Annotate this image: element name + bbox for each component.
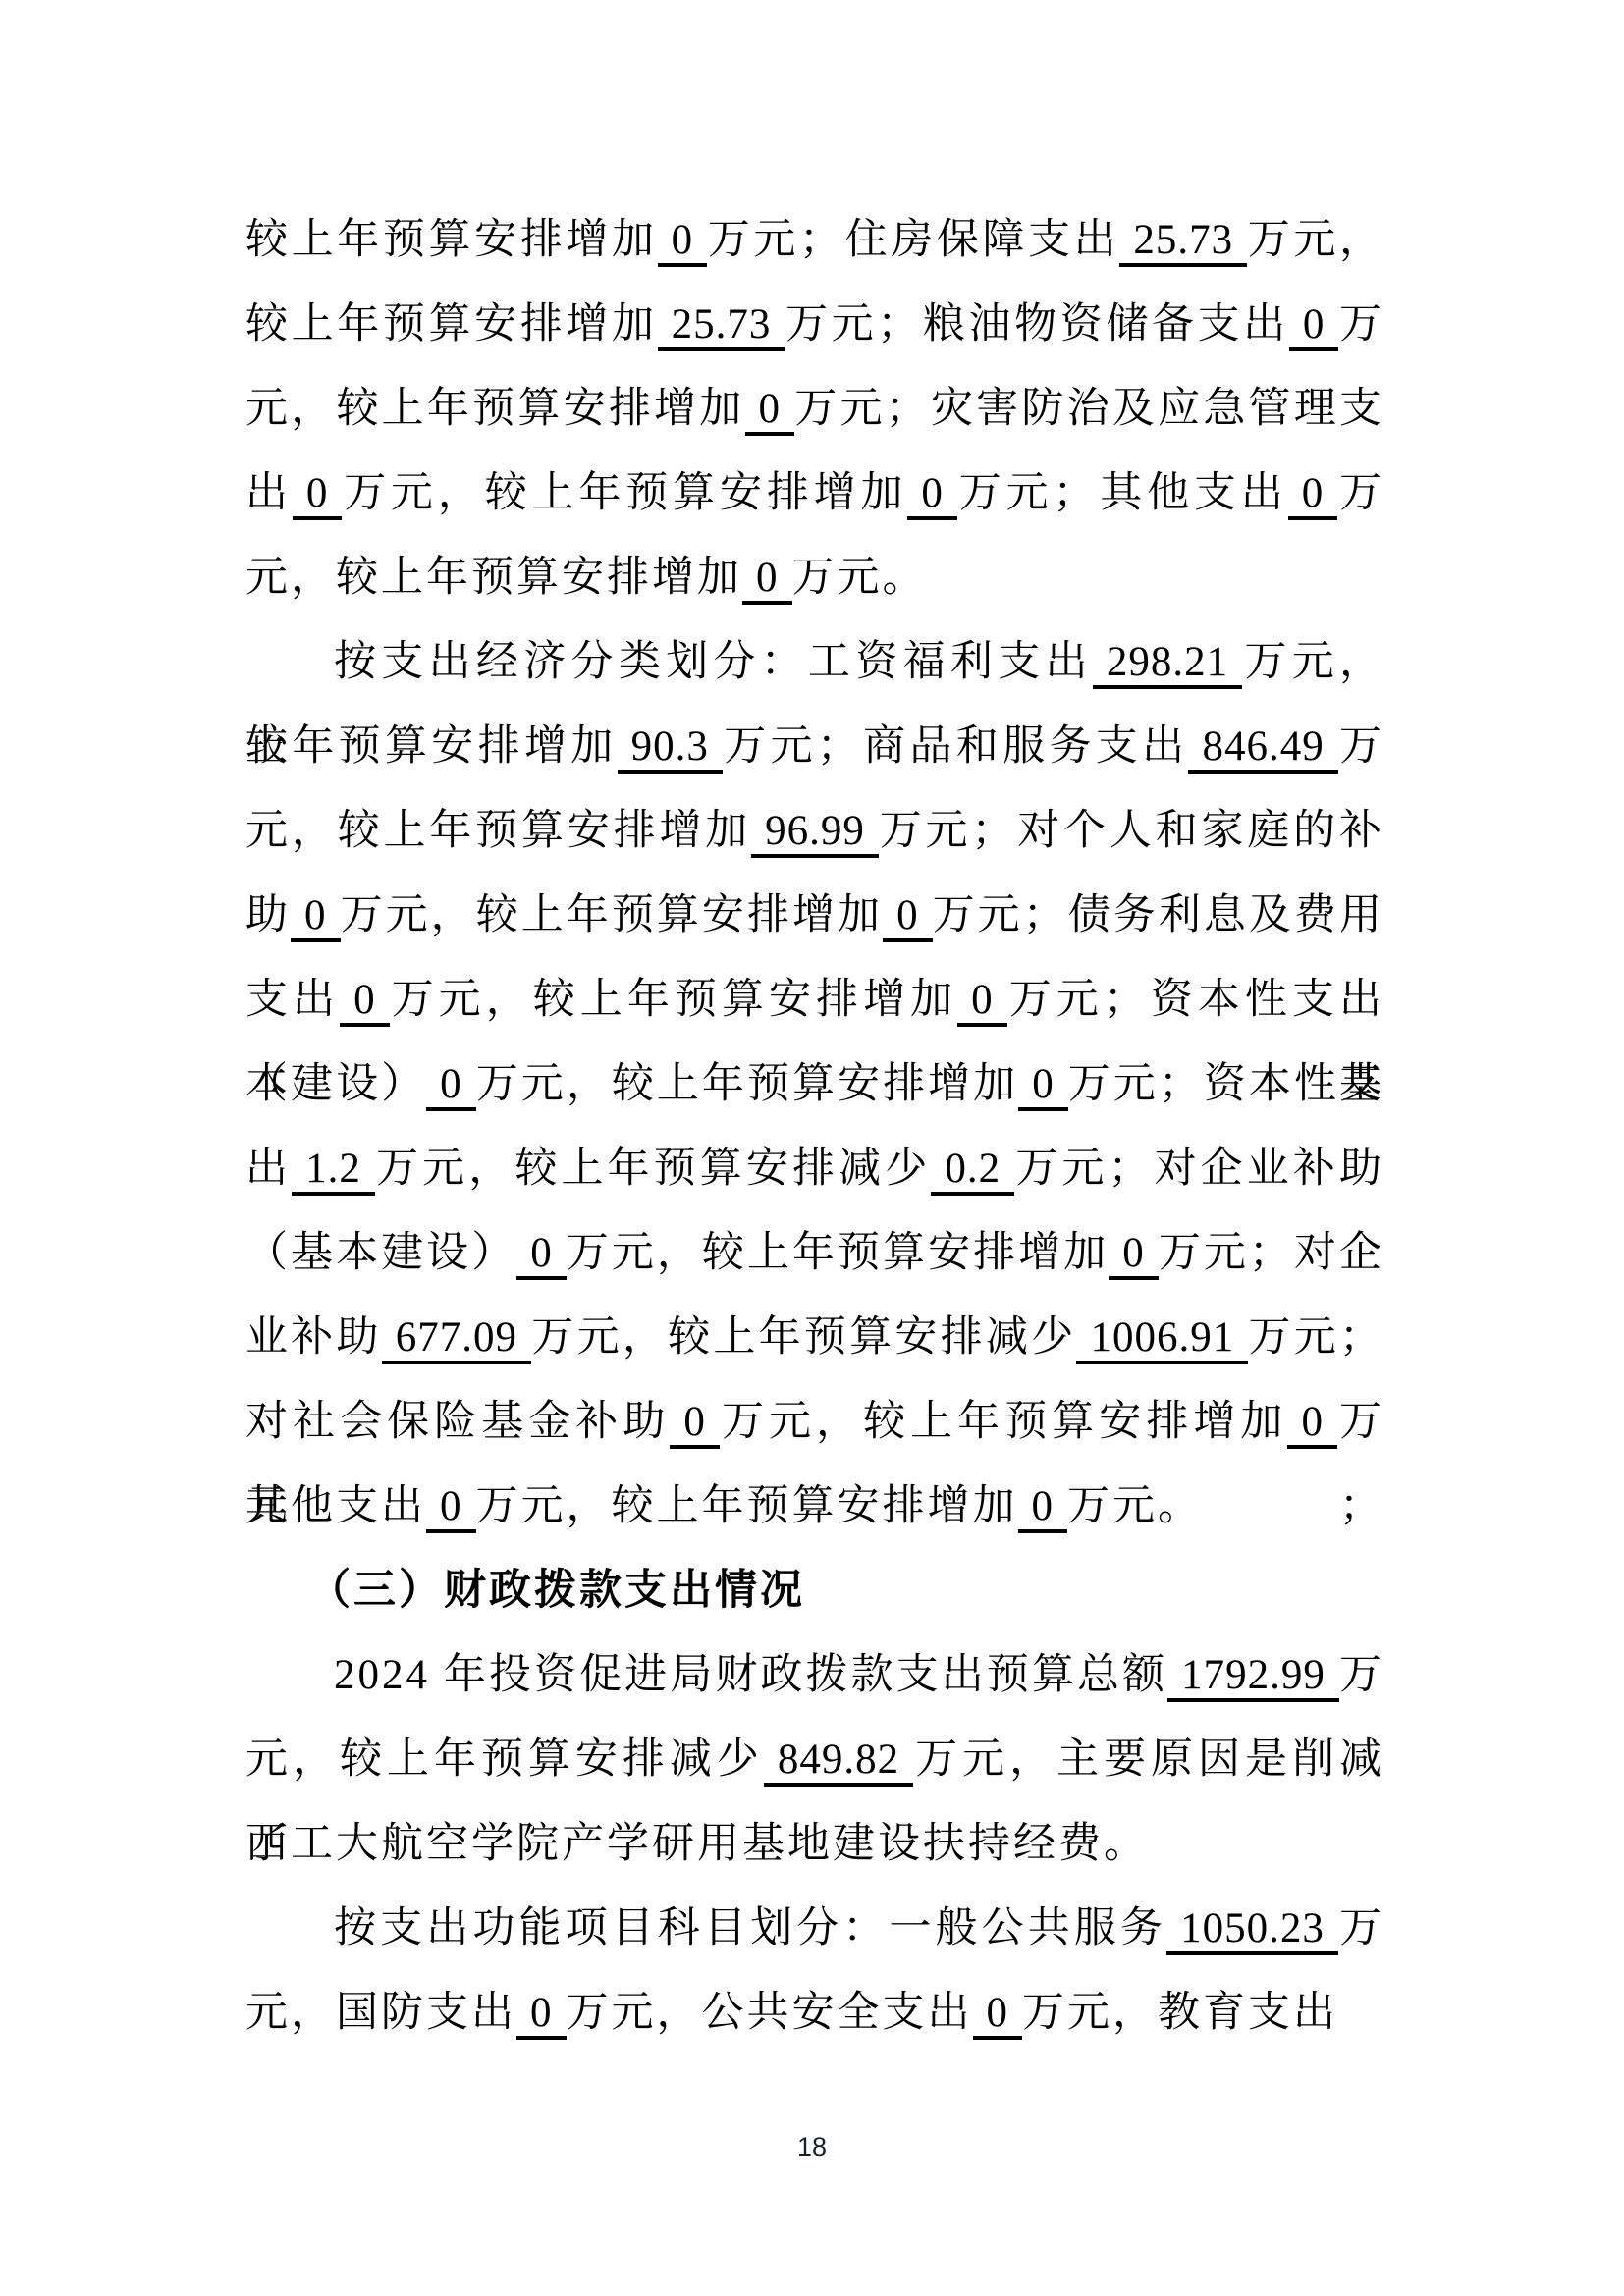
section-heading: （三）财政拨款支出情况 bbox=[245, 1549, 1384, 1633]
text-line: 按支出功能项目科目划分：一般公共服务1050.23万 bbox=[245, 1887, 1384, 1971]
text-segment: 万元，教育支出 bbox=[1022, 1990, 1338, 2036]
underlined-value: 849.82 bbox=[764, 1736, 913, 1787]
text-segment: 业补助 bbox=[245, 1314, 382, 1361]
text-line: 按支出经济分类划分：工资福利支出298.21万元，较 bbox=[245, 620, 1384, 705]
underlined-value: 677.09 bbox=[382, 1314, 531, 1364]
text-line: 元，较上年预算安排减少849.82万元，主要原因是削减了 bbox=[245, 1718, 1384, 1802]
text-segment: 助 bbox=[245, 892, 291, 938]
text-segment: 2024 年投资促进局财政拨款支出预算总额 bbox=[334, 1652, 1167, 1698]
text-segment: 支出 bbox=[245, 977, 340, 1023]
text-segment: 万元；资本性支 bbox=[1068, 1061, 1384, 1107]
underlined-value: 0 bbox=[658, 217, 708, 267]
underlined-value: 0 bbox=[1109, 1230, 1159, 1280]
underlined-value: 0 bbox=[745, 386, 795, 436]
text-line: 对社会保险基金补助0万元，较上年预算安排增加0万元； bbox=[245, 1380, 1384, 1465]
text-segment: 较上年预算安排增加 bbox=[245, 217, 658, 263]
text-line: 业补助677.09万元，较上年预算安排减少1006.91万元； bbox=[245, 1296, 1384, 1380]
underlined-value: 0 bbox=[426, 1061, 476, 1111]
text-segment: 万元；对企 bbox=[1159, 1230, 1384, 1276]
page-number: 18 bbox=[0, 2132, 1624, 2163]
text-line: 较上年预算安排增加0万元；住房保障支出25.73万元， bbox=[245, 198, 1384, 283]
text-segment: 万元；对企业补助 bbox=[1014, 1146, 1384, 1192]
text-segment: 万 bbox=[1339, 1652, 1384, 1698]
underlined-value: 25.73 bbox=[1119, 217, 1247, 267]
underlined-value: 1050.23 bbox=[1166, 1905, 1338, 1955]
text-segment: 万元；灾害防治及应急管理支 bbox=[794, 386, 1384, 432]
text-segment: 万元，较上年预算安排增加 bbox=[342, 470, 907, 516]
text-segment: 万元，较上年预算安排增加 bbox=[390, 977, 958, 1023]
text-line: 出1.2万元，较上年预算安排减少0.2万元；对企业补助 bbox=[245, 1127, 1384, 1211]
underlined-value: 0 bbox=[670, 1399, 720, 1449]
text-segment: 万元； bbox=[1248, 1314, 1384, 1361]
text-segment: 万元；粮油物资储备支出 bbox=[785, 301, 1289, 347]
text-line: 西工大航空学院产学研用基地建设扶持经费。 bbox=[245, 1802, 1384, 1887]
underlined-value: 0 bbox=[516, 1990, 567, 2040]
text-segment: 万元， bbox=[1247, 217, 1384, 263]
text-segment: 西工大航空学院产学研用基地建设扶持经费。 bbox=[245, 1821, 1149, 1867]
text-line: 元，较上年预算安排增加0万元；灾害防治及应急管理支 bbox=[245, 367, 1384, 452]
text-segment: 万元；其他支出 bbox=[957, 470, 1288, 516]
underlined-value: 0 bbox=[973, 1990, 1023, 2040]
underlined-value: 0 bbox=[426, 1483, 476, 1533]
text-segment: （三）财政拨款支出情况 bbox=[308, 1568, 805, 1614]
text-segment: 万元，较上年预算安排增加 bbox=[341, 892, 884, 938]
underlined-value: 846.49 bbox=[1188, 723, 1337, 774]
underlined-value: 0 bbox=[1018, 1483, 1068, 1533]
underlined-value: 0 bbox=[340, 977, 390, 1027]
underlined-value: 0 bbox=[742, 555, 792, 605]
underlined-value: 298.21 bbox=[1093, 639, 1242, 689]
text-segment: 较上年预算安排增加 bbox=[245, 301, 658, 347]
text-segment: 万元，公共安全支出 bbox=[567, 1990, 973, 2036]
text-segment: 上年预算安排增加 bbox=[245, 723, 618, 770]
text-line: 支出0万元，较上年预算安排增加0万元；资本性支出（基 bbox=[245, 958, 1384, 1042]
text-line: 出0万元，较上年预算安排增加0万元；其他支出0万 bbox=[245, 452, 1384, 536]
underlined-value: 0 bbox=[291, 892, 341, 942]
text-segment: 出 bbox=[245, 470, 293, 516]
underlined-value: 1006.91 bbox=[1076, 1314, 1248, 1364]
underlined-value: 0 bbox=[516, 1230, 567, 1280]
text-segment: 万 bbox=[1337, 470, 1384, 516]
text-segment: 其他支出 bbox=[245, 1483, 426, 1529]
document-page: 较上年预算安排增加0万元；住房保障支出25.73万元，较上年预算安排增加25.7… bbox=[0, 0, 1624, 2296]
text-line: 上年预算安排增加90.3万元；商品和服务支出846.49万 bbox=[245, 705, 1384, 789]
text-segment: 万元，较上年预算安排减少 bbox=[531, 1314, 1076, 1361]
underlined-value: 96.99 bbox=[751, 808, 879, 858]
text-segment: 万元；对个人和家庭的补 bbox=[879, 808, 1384, 854]
text-segment: 本建设） bbox=[245, 1061, 426, 1107]
document-body: 较上年预算安排增加0万元；住房保障支出25.73万元，较上年预算安排增加25.7… bbox=[245, 198, 1384, 2056]
underlined-value: 1.2 bbox=[292, 1146, 375, 1196]
text-segment: 万 bbox=[1338, 301, 1384, 347]
text-segment: 万元。 bbox=[792, 555, 928, 601]
text-segment: 按支出经济分类划分：工资福利支出 bbox=[334, 639, 1093, 685]
underlined-value: 0 bbox=[907, 470, 957, 520]
text-line: 助0万元，较上年预算安排增加0万元；债务利息及费用 bbox=[245, 874, 1384, 958]
text-line: 本建设）0万元，较上年预算安排增加0万元；资本性支 bbox=[245, 1042, 1384, 1127]
text-line: 2024 年投资促进局财政拨款支出预算总额1792.99万 bbox=[245, 1633, 1384, 1718]
text-segment: 对社会保险基金补助 bbox=[245, 1399, 670, 1445]
text-segment: 万 bbox=[1338, 723, 1384, 770]
text-segment: （基本建设） bbox=[245, 1230, 516, 1276]
text-segment: 万元，较上年预算安排减少 bbox=[375, 1146, 931, 1192]
text-line: 元，较上年预算安排增加96.99万元；对个人和家庭的补 bbox=[245, 789, 1384, 874]
text-segment: 万元，较上年预算安排增加 bbox=[567, 1230, 1110, 1276]
text-line: 元，国防支出0万元，公共安全支出0万元，教育支出 bbox=[245, 1971, 1384, 2056]
underlined-value: 25.73 bbox=[658, 301, 785, 351]
underlined-value: 0 bbox=[1288, 470, 1338, 520]
text-line: 较上年预算安排增加25.73万元；粮油物资储备支出0万 bbox=[245, 283, 1384, 367]
underlined-value: 90.3 bbox=[618, 723, 723, 774]
text-segment: 万元；商品和服务支出 bbox=[723, 723, 1189, 770]
underlined-value: 0 bbox=[1018, 1061, 1068, 1111]
text-segment: 万元，较上年预算安排增加 bbox=[476, 1483, 1018, 1529]
text-segment: 万元。 bbox=[1067, 1483, 1203, 1529]
text-segment: 万元；住房保障支出 bbox=[707, 217, 1119, 263]
text-segment: 元，较上年预算安排减少 bbox=[245, 1736, 764, 1783]
underlined-value: 0.2 bbox=[931, 1146, 1014, 1196]
text-segment: 万元；债务利息及费用 bbox=[933, 892, 1384, 938]
text-segment: 元，较上年预算安排增加 bbox=[245, 555, 742, 601]
underlined-value: 0 bbox=[1289, 301, 1339, 351]
text-segment: 出 bbox=[245, 1146, 292, 1192]
underlined-value: 0 bbox=[1287, 1399, 1337, 1449]
text-segment: 万元，较上年预算安排增加 bbox=[720, 1399, 1288, 1445]
text-segment: 万 bbox=[1338, 1905, 1384, 1951]
text-segment: 元，较上年预算安排增加 bbox=[245, 808, 751, 854]
underlined-value: 0 bbox=[293, 470, 343, 520]
text-segment: 按支出功能项目科目划分：一般公共服务 bbox=[334, 1905, 1166, 1951]
underlined-value: 0 bbox=[957, 977, 1007, 1027]
text-line: 元，较上年预算安排增加0万元。 bbox=[245, 536, 1384, 620]
text-segment: 元，国防支出 bbox=[245, 1990, 516, 2036]
underlined-value: 0 bbox=[883, 892, 933, 942]
text-line: （基本建设）0万元，较上年预算安排增加0万元；对企 bbox=[245, 1211, 1384, 1296]
text-segment: 元，较上年预算安排增加 bbox=[245, 386, 745, 432]
text-segment: 万元，较上年预算安排增加 bbox=[476, 1061, 1019, 1107]
underlined-value: 1792.99 bbox=[1167, 1652, 1339, 1702]
